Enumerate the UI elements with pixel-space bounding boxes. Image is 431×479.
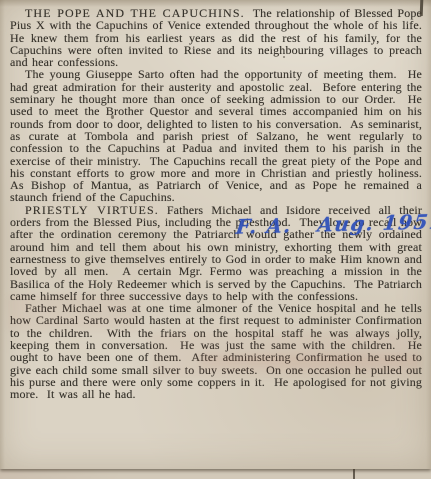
paragraph-father-michael: Father Michael was at one time almoner o… [10, 302, 422, 400]
paragraph-text: The young Giuseppe Sarto often had the o… [10, 67, 431, 204]
paragraph-pope-and-capuchins: THE POPE AND THE CAPUCHINS.The relations… [10, 7, 422, 68]
paper-speck [111, 115, 114, 119]
scan-edge-mark [420, 0, 424, 16]
paper-speck [283, 56, 285, 58]
paragraph-text: Father Michael was at one time almoner o… [10, 301, 426, 401]
scanned-clipping-page: THE POPE AND THE CAPUCHINS.The relations… [0, 0, 431, 479]
paragraph-giuseppe-sarto: The young Giuseppe Sarto often had the o… [10, 68, 422, 203]
handwritten-date-annotation: F. A. Aug. 1951 [235, 209, 431, 239]
